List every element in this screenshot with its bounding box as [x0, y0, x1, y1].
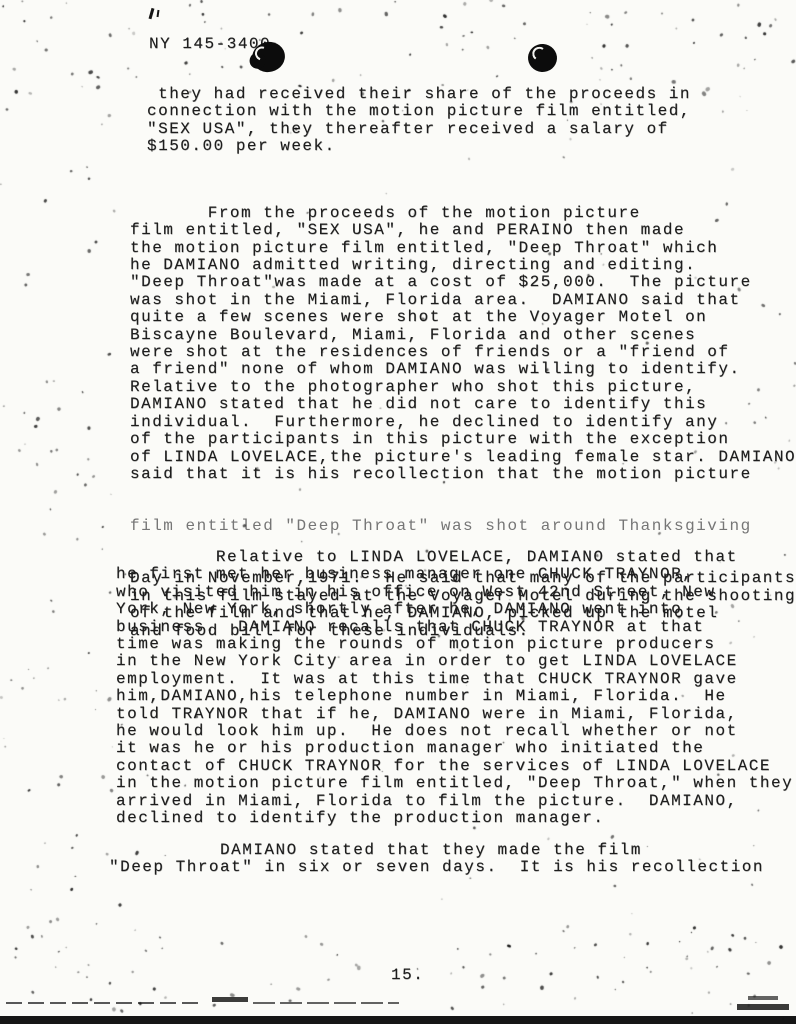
paragraph-text-upper: From the proceeds of the motion picture …: [130, 205, 796, 484]
paragraph-film-duration: DAMIANO stated that they made the film "…: [109, 842, 764, 877]
scan-artifact-bottom-right: [737, 1004, 789, 1010]
scan-edge-bar: [0, 1016, 796, 1024]
pen-tick-mark: [149, 8, 154, 19]
scratch-line-right: [253, 1002, 399, 1004]
hole-punch-mark-right: [527, 43, 558, 73]
scratch-line-blip: [212, 997, 248, 1002]
scratch-line-left: [6, 1002, 198, 1004]
paragraph-salary: they had received their share of the pro…: [147, 86, 691, 156]
paragraph-linda-lovelace-traynor: Relative to LINDA LOVELACE, DAMIANO stat…: [116, 549, 793, 828]
page-number: 15.: [391, 967, 424, 984]
scanned-document-page: NY 145-3400 they had received their shar…: [0, 0, 796, 1024]
scan-artifact-bottom-right-small: [748, 996, 778, 1000]
pen-tick-mark-small: [157, 10, 160, 17]
paragraph-text-faded-line: film entitled "Deep Throat" was shot aro…: [130, 518, 796, 535]
